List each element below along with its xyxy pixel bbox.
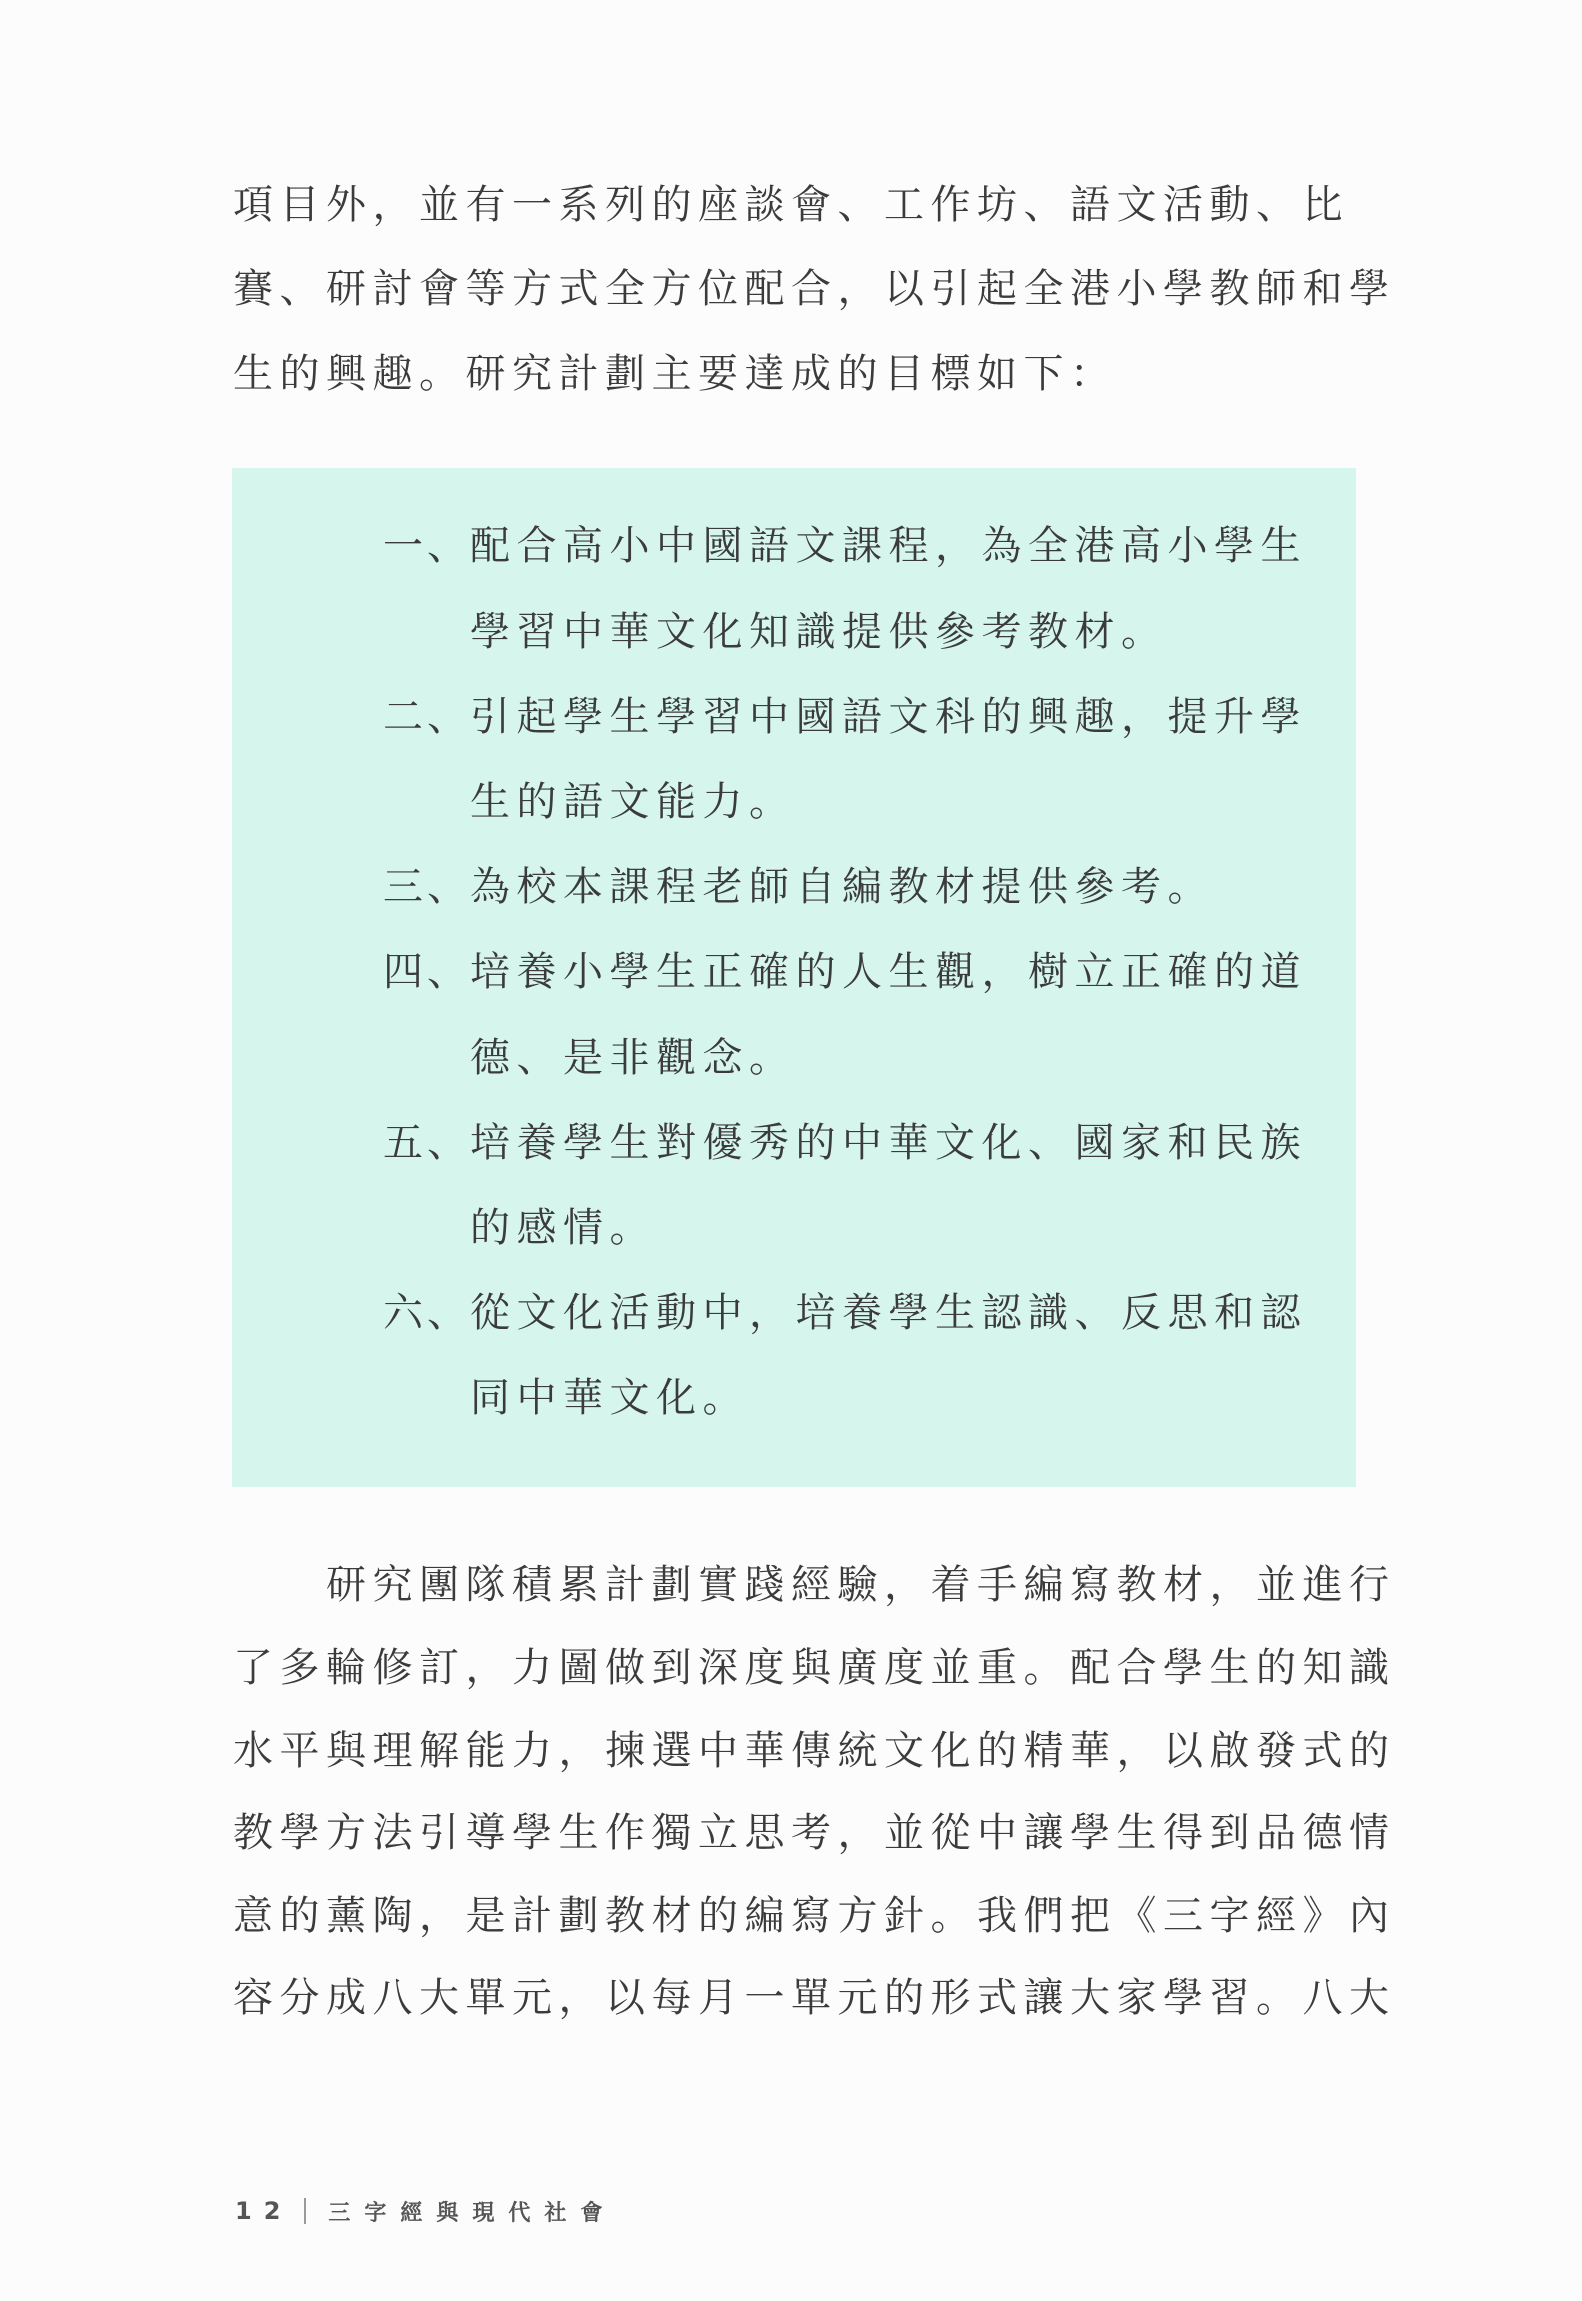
goal-text: 培養學生對優秀的中華文化、國家和民族 bbox=[470, 1119, 1307, 1167]
goal-text: 同中華文化。 bbox=[470, 1374, 749, 1422]
intro-line: 項目外，並有一系列的座談會、工作坊、語文活動、比 bbox=[233, 181, 1349, 229]
paragraph-line: 了多輪修訂，力圖做到深度與廣度並重。配合學生的知識 bbox=[233, 1644, 1396, 1692]
goal-text: 的感情。 bbox=[470, 1204, 656, 1252]
goal-number: 四、 bbox=[383, 948, 471, 996]
goal-number: 六、 bbox=[383, 1289, 471, 1337]
goal-text: 從文化活動中，培養學生認識、反思和認 bbox=[470, 1289, 1307, 1337]
goal-text: 學習中華文化知識提供參考教材。 bbox=[470, 608, 1168, 656]
goal-number: 二、 bbox=[383, 693, 471, 741]
goal-number: 一、 bbox=[383, 522, 471, 570]
goal-text: 生的語文能力。 bbox=[470, 778, 796, 826]
goal-number: 五、 bbox=[383, 1119, 471, 1167]
paragraph-line: 容分成八大單元，以每月一單元的形式讓大家學習。八大 bbox=[233, 1974, 1396, 2022]
page-footer: 12 三字經與現代社會 bbox=[235, 2196, 616, 2226]
paragraph-line: 研究團隊積累計劃實踐經驗，着手編寫教材，並進行 bbox=[326, 1561, 1396, 1609]
goal-number: 三、 bbox=[383, 863, 471, 911]
goal-text: 為校本課程老師自編教材提供參考。 bbox=[470, 863, 1214, 911]
paragraph-line: 教學方法引導學生作獨立思考，並從中讓學生得到品德情 bbox=[233, 1809, 1396, 1857]
paragraph-line: 水平與理解能力，揀選中華傳統文化的精華，以啟發式的 bbox=[233, 1727, 1396, 1775]
intro-line: 賽、研討會等方式全方位配合，以引起全港小學教師和學 bbox=[233, 265, 1396, 313]
goal-text: 配合高小中國語文課程，為全港高小學生 bbox=[470, 522, 1307, 570]
paragraph-line: 意的薰陶，是計劃教材的編寫方針。我們把《三字經》內 bbox=[233, 1892, 1396, 1940]
running-title: 三字經與現代社會 bbox=[328, 2196, 616, 2227]
footer-divider bbox=[304, 2198, 306, 2224]
goal-text: 培養小學生正確的人生觀，樹立正確的道 bbox=[470, 948, 1307, 996]
goal-text: 引起學生學習中國語文科的興趣，提升學 bbox=[470, 693, 1307, 741]
goal-text: 德、是非觀念。 bbox=[470, 1034, 796, 1082]
intro-line: 生的興趣。研究計劃主要達成的目標如下： bbox=[233, 350, 1117, 398]
page-number: 12 bbox=[235, 2197, 292, 2225]
